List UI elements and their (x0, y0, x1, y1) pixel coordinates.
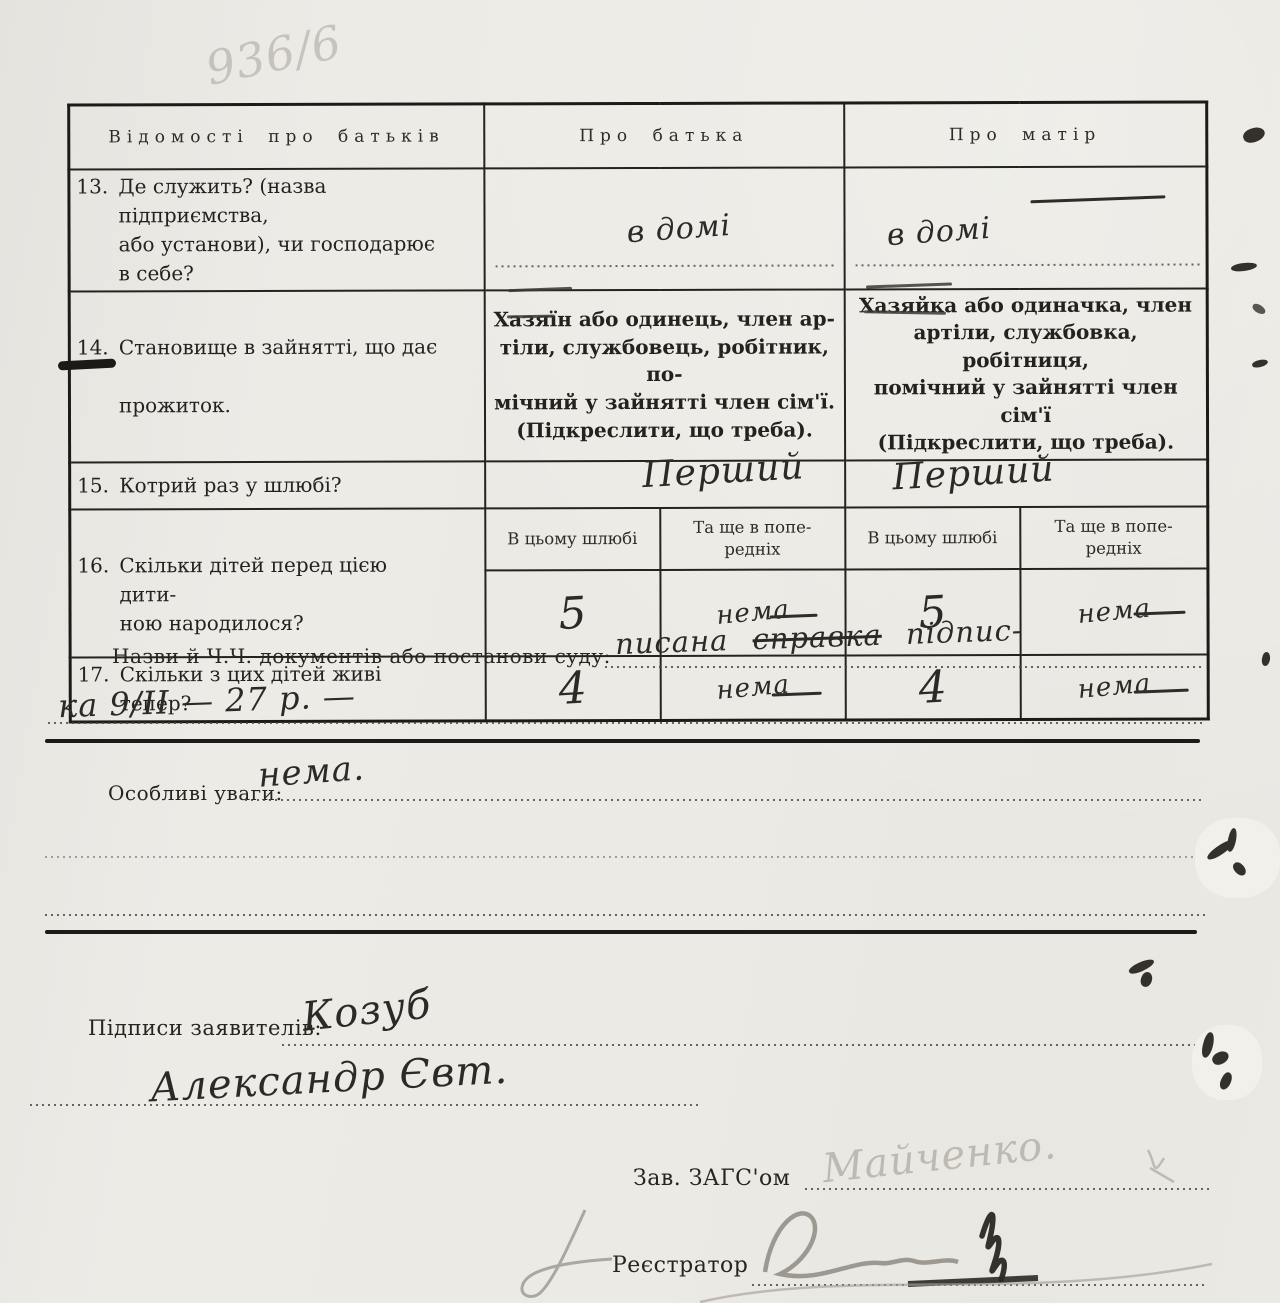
paper-damage-mark (1241, 125, 1266, 146)
document-page: 936/6 Відомості про батьків Про батька П… (0, 0, 1280, 1303)
applicant-signature-1: Козуб (300, 981, 434, 1040)
mother-children-alive-prev: нема (1026, 664, 1201, 709)
write-in-line (752, 1284, 1207, 1286)
documents-entry-struck-word: справка (752, 618, 882, 656)
registrar-signature (765, 1213, 1038, 1284)
remarks-label: Особливі уваги: (108, 781, 283, 805)
subheader-father-this-marriage: В цьому шлюбі (485, 508, 660, 570)
write-in-line (48, 722, 1206, 724)
paper-damage-mark (1251, 358, 1268, 369)
zags-label: Зав. ЗАГС'ом (633, 1166, 790, 1191)
write-in-line (45, 914, 1205, 916)
question-text: Скільки дітей перед цією дити- ною народ… (119, 551, 449, 639)
paper-damage-mark (1231, 261, 1258, 273)
write-in-line (282, 1044, 1207, 1046)
write-in-line (805, 1188, 1210, 1190)
documents-entry-part2: підпис- (905, 613, 1023, 651)
zags-signature: Майченко. (820, 1122, 1059, 1192)
question-14: 14.Становище в зайнятті, що дає прожиток… (69, 290, 484, 463)
header-info: Відомості про батьків (69, 104, 484, 169)
paper-damage-mark (1139, 971, 1154, 989)
question-16: 16.Скільки дітей перед цією дити- ною на… (70, 508, 485, 657)
header-mother: Про матір (844, 102, 1207, 167)
write-in-line (30, 1104, 698, 1106)
question-number: 16. (77, 551, 119, 580)
question-text: Де служить? (назва підприємства, або уст… (118, 171, 448, 288)
signatures-label: Підписи заявителів: (88, 1016, 322, 1040)
question-number: 15. (77, 471, 119, 500)
remarks-entry: нема. (257, 748, 366, 795)
mother-children-alive-prev-cell: нема (1020, 655, 1208, 720)
subheader-mother-previous: Та ще в попе- редніх (1020, 507, 1208, 569)
write-in-line (45, 856, 1205, 858)
father-workplace-cell: в домі (484, 167, 844, 290)
row-14: 14.Становище в зайнятті, що дає прожиток… (69, 288, 1207, 463)
registrar-label: Реєстратор (612, 1253, 748, 1278)
question-13: 13.Де служить? (назва підприємства, або … (69, 168, 484, 291)
write-in-line (245, 799, 1205, 801)
applicant-signature-2: Александр Євт. (149, 1047, 509, 1112)
subheader-row: 16.Скільки дітей перед цією дити- ною на… (70, 507, 1208, 572)
write-in-line (855, 263, 1202, 266)
write-in-line (605, 666, 1205, 668)
section-divider (45, 930, 1197, 934)
documents-label: Назви й Ч.Ч. документів або постанови су… (112, 644, 611, 668)
pencil-curve (700, 1264, 1212, 1302)
row-15: 15.Котрий раз у шлюбі? Перший Перший (70, 460, 1208, 510)
write-in-line (495, 264, 833, 267)
section-divider (45, 739, 1200, 743)
pencil-j-stroke (522, 1210, 612, 1296)
row-13: 13.Де служить? (назва підприємства, або … (69, 166, 1207, 291)
question-number: 13. (76, 172, 118, 201)
documents-entry-part1: писана (615, 623, 729, 661)
mother-workplace-entry: в домі (885, 196, 1200, 254)
mother-workplace-cell: в домі (844, 166, 1207, 289)
father-children-alive-prev: нема (666, 665, 839, 710)
pencil-scribble (1148, 1150, 1174, 1182)
question-text: Котрий раз у шлюбі? (119, 471, 449, 501)
question-text: Становище в зайнятті, що дає прожиток. (119, 332, 449, 420)
subheader-father-previous: Та ще в попе- редніх (660, 508, 845, 570)
father-workplace-entry: в домі (625, 200, 838, 250)
header-father: Про батька (484, 103, 844, 168)
paper-damage-mark (1261, 651, 1271, 666)
paper-damage-mark (1251, 302, 1267, 316)
question-15: 15.Котрий раз у шлюбі? (70, 461, 485, 509)
subheader-mother-this-marriage: В цьому шлюбі (845, 507, 1020, 569)
mother-marriage-cell: Перший (845, 460, 1208, 508)
father-marriage-cell: Перший (485, 461, 845, 509)
pencil-archive-number: 936/6 (201, 14, 347, 95)
mother-children-alive-this-cell: 4 (845, 655, 1020, 720)
mother-children-born-prev-cell: нема (1020, 569, 1208, 655)
table-header-row: Відомості про батьків Про батька Про мат… (69, 102, 1207, 169)
paper-damage-patch (1192, 1025, 1262, 1100)
